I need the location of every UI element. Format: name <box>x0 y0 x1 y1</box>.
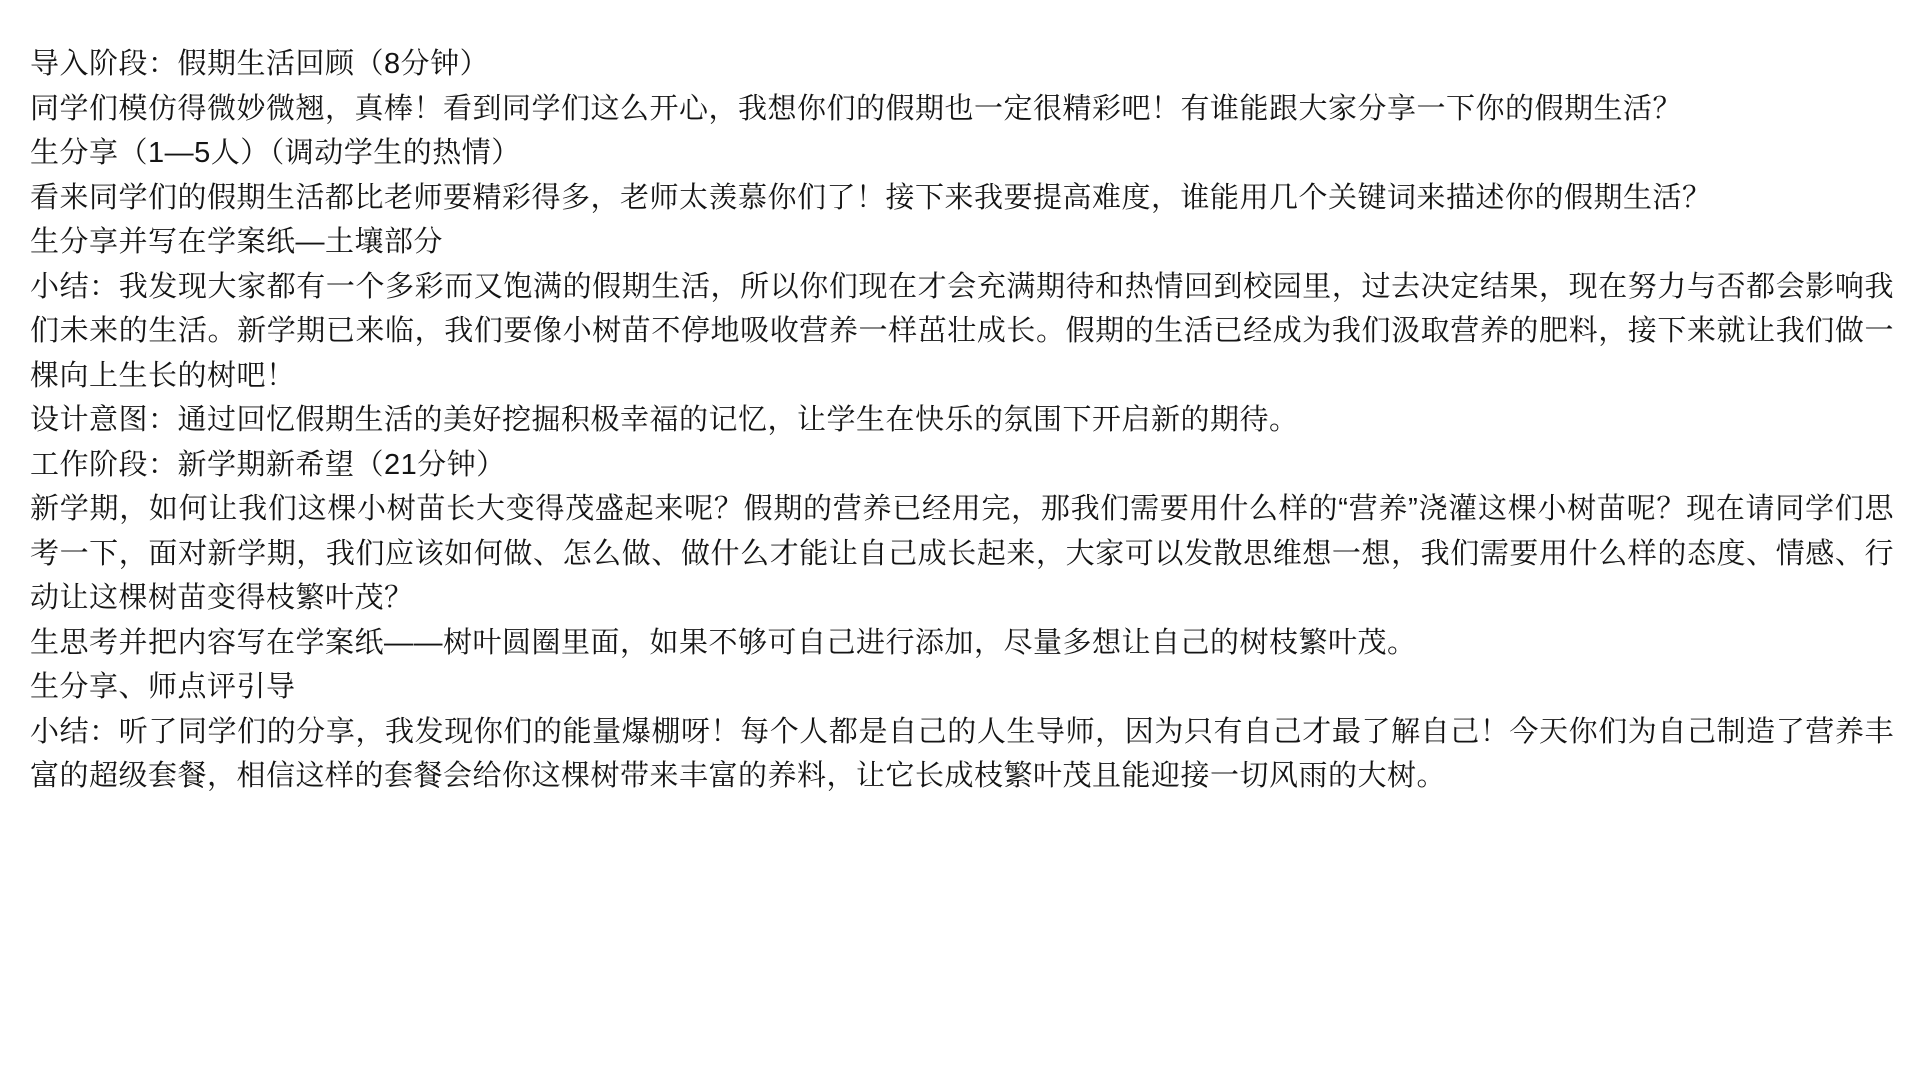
paragraph-design-intent: 设计意图：通过回忆假期生活的美好挖掘积极幸福的记忆，让学生在快乐的氛围下开启新的… <box>30 398 1894 443</box>
paragraph-student-share-1: 生分享（1—5人）（调动学生的热情） <box>30 131 1894 176</box>
paragraph-work-stage-heading: 工作阶段：新学期新希望（21分钟） <box>30 443 1894 488</box>
document-page: 导入阶段：假期生活回顾（8分钟） 同学们模仿得微妙微翘，真棒！看到同学们这么开心… <box>0 0 1920 1080</box>
paragraph-student-share-2: 生分享、师点评引导 <box>30 665 1894 710</box>
paragraph-summary-1: 小结：我发现大家都有一个多彩而又饱满的假期生活，所以你们现在才会充满期待和热情回… <box>30 265 1894 399</box>
paragraph-new-semester-question: 新学期，如何让我们这棵小树苗长大变得茂盛起来呢？假期的营养已经用完，那我们需要用… <box>30 487 1894 621</box>
paragraph-teacher-followup: 看来同学们的假期生活都比老师要精彩得多，老师太羡慕你们了！接下来我要提高难度，谁… <box>30 176 1894 221</box>
lesson-plan-text: 导入阶段：假期生活回顾（8分钟） 同学们模仿得微妙微翘，真棒！看到同学们这么开心… <box>30 42 1894 799</box>
paragraph-student-write-soil: 生分享并写在学案纸—土壤部分 <box>30 220 1894 265</box>
paragraph-summary-2: 小结：听了同学们的分享，我发现你们的能量爆棚呀！每个人都是自己的人生导师，因为只… <box>30 710 1894 799</box>
paragraph-teacher-opening: 同学们模仿得微妙微翘，真棒！看到同学们这么开心，我想你们的假期也一定很精彩吧！有… <box>30 87 1894 132</box>
paragraph-student-write-leaves: 生思考并把内容写在学案纸——树叶圆圈里面，如果不够可自己进行添加，尽量多想让自己… <box>30 621 1894 666</box>
paragraph-intro-stage-heading: 导入阶段：假期生活回顾（8分钟） <box>30 42 1894 87</box>
